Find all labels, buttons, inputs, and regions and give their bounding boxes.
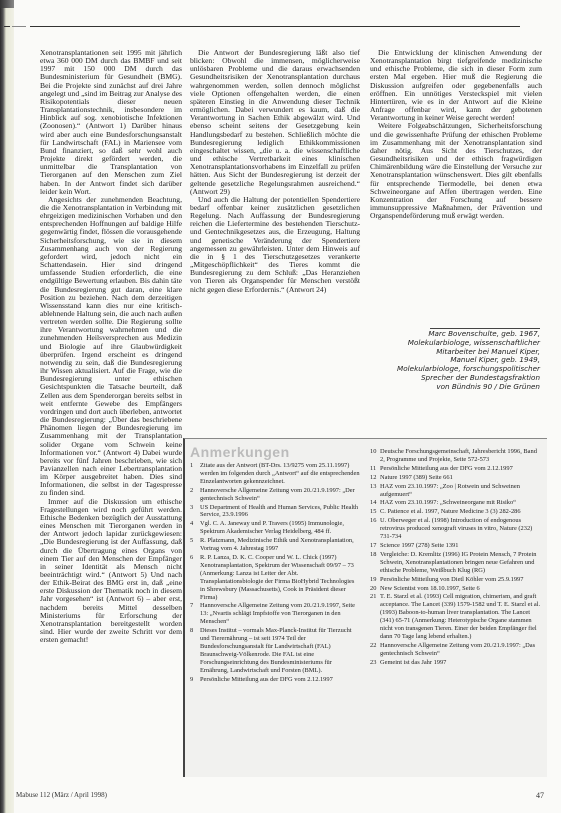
footnote-text: Gemeint ist das Jahr 1997: [380, 659, 542, 667]
text-column-2: Die Antwort der Bundesregierung läßt als…: [190, 49, 360, 294]
footnote-number: 9: [190, 676, 200, 684]
footnote: 18Vergleiche: D. Kremlitz (1996) IG Prot…: [370, 551, 542, 575]
footnote-number: 23: [370, 659, 380, 667]
footnote: 9Persönliche Mitteilung aus der DFG vom …: [190, 676, 360, 684]
footnote: 21T. E. Starzl et al. (1993) Cell migrat…: [370, 593, 542, 640]
text-column-1: Xenotransplantationen seit 1995 mit jähr…: [40, 49, 182, 644]
footnote-text: Hannoversche Allgemeine Zeitung vom 20./…: [380, 642, 542, 658]
footnote-number: 11: [370, 465, 380, 473]
footnote-text: Nature 1997 (389) Seite 661: [380, 474, 542, 482]
footnote-number: 12: [370, 474, 380, 482]
paragraph: Und auch die Haltung der potentiellen Sp…: [190, 196, 360, 294]
footnote-number: 10: [370, 448, 380, 464]
footnote: 4Vgl. C. A. Janeway und P. Travers (1995…: [190, 520, 360, 536]
signature-line: von Bündnis 90 / Die Grünen: [370, 383, 540, 392]
footnote-number: 15: [370, 508, 380, 516]
footnote: 17Science 1997 (278) Seite 1391: [370, 542, 542, 550]
paragraph: Xenotransplantationen seit 1995 mit jähr…: [40, 49, 182, 196]
footnote-text: Persönliche Mitteilung aus der DFG vom 2…: [200, 676, 360, 684]
paragraph: Weitere Folgeabschätzungen, Sicherheitsf…: [370, 122, 542, 220]
footnote: 13HAZ vom 23.10.1997: „Zoo | Rotwein und…: [370, 483, 542, 499]
footnote-number: 14: [370, 499, 380, 507]
footnote: 10Deutsche Forschungsgemeinschaft, Jahre…: [370, 448, 542, 464]
footnote-number: 16: [370, 517, 380, 541]
top-rule: [4, 26, 10, 27]
footnote: 2Hannoversche Allgemeine Zeitung vom 20.…: [190, 487, 360, 503]
notes-list-left: 1Zitate aus der Antwort (BT-Drs. 13/9275…: [190, 462, 360, 684]
author-signature: Marc Bovenschulte, geb. 1967, Molekularb…: [370, 330, 540, 392]
footnote-number: 2: [190, 487, 200, 503]
footnote-text: Deutsche Forschungsgemeinschaft, Jahresb…: [380, 448, 542, 464]
page-number: 47: [536, 791, 544, 800]
footnote: 5R. Platzmann, Medizinische Ethik und Xe…: [190, 537, 360, 553]
footnote-number: 17: [370, 542, 380, 550]
footnote-number: 8: [190, 627, 200, 674]
footnote: 7Hannoversche Allgemeine Zeitung vom 20.…: [190, 602, 360, 626]
footnote-number: 19: [370, 576, 380, 584]
footnote-text: HAZ vom 23.10.1997: „Schweineorgane mit …: [380, 499, 542, 507]
footnote-text: Persönliche Mitteilung von Dietl Köhler …: [380, 576, 542, 584]
footnote-text: Hannoversche Allgemeine Zeitung vom 20./…: [200, 487, 360, 503]
footnote-number: 4: [190, 520, 200, 536]
footnote-number: 13: [370, 483, 380, 499]
footnote-text: Hannoversche Allgemeine Zeitung vom 20./…: [200, 602, 360, 626]
footnote-number: 20: [370, 585, 380, 593]
footnote: 19Persönliche Mitteilung von Dietl Köhle…: [370, 576, 542, 584]
footnote-text: HAZ vom 23.10.1997: „Zoo | Rotwein und S…: [380, 483, 542, 499]
top-rule: [30, 26, 520, 27]
page-binding-shadow: [0, 0, 14, 813]
footer-issue: Mabuse 112 (März / April 1998): [16, 791, 107, 799]
footnote-text: C. Patience et al. 1997, Nature Medicine…: [380, 508, 542, 516]
notes-title: Anmerkungen: [190, 444, 290, 460]
footnote: 12Nature 1997 (389) Seite 661: [370, 474, 542, 482]
footnote-text: Vgl. C. A. Janeway und P. Travers (1995)…: [200, 520, 360, 536]
footnote-text: Vergleiche: D. Kremlitz (1996) IG Protei…: [380, 551, 542, 575]
footnote-text: New Scientist vom 18.10.1997, Seite 6: [380, 585, 542, 593]
footnote-text: Zitate aus der Antwort (BT-Drs. 13/9275 …: [200, 462, 360, 486]
footnote: 11Persönliche Mitteilung aus der DFG vom…: [370, 465, 542, 473]
footnote: 20New Scientist vom 18.10.1997, Seite 6: [370, 585, 542, 593]
paragraph: Die Entwicklung der klinischen Anwendung…: [370, 49, 542, 122]
footnote: 8Dieses Institut – vormals Max-Planck-In…: [190, 627, 360, 674]
footnote-number: 21: [370, 593, 380, 640]
text-column-3: Die Entwicklung der klinischen Anwendung…: [370, 49, 542, 220]
footnote: 15C. Patience et al. 1997, Nature Medici…: [370, 508, 542, 516]
footnote: 22Hannoversche Allgemeine Zeitung vom 20…: [370, 642, 542, 658]
paragraph: Angesichts der zunehmenden Beachtung, di…: [40, 196, 182, 498]
paragraph: Die Antwort der Bundesregierung läßt als…: [190, 49, 360, 196]
footnote-number: 6: [190, 554, 200, 601]
footnote-text: Science 1997 (278) Seite 1391: [380, 542, 542, 550]
footnote-number: 3: [190, 504, 200, 520]
footnote-text: US Department of Health and Human Servic…: [200, 504, 360, 520]
footnote-text: R. Platzmann, Medizinische Ethik und Xen…: [200, 537, 360, 553]
footnote-number: 22: [370, 642, 380, 658]
top-rule: [12, 26, 26, 27]
footnote: 16U. Oberweger et al. (1998) Introductio…: [370, 517, 542, 541]
footnote: 23Gemeint ist das Jahr 1997: [370, 659, 542, 667]
footnote-number: 7: [190, 602, 200, 626]
footnote-number: 1: [190, 462, 200, 486]
footnote-text: U. Oberweger et al. (1998) Introduction …: [380, 517, 542, 541]
footnote-text: T. E. Starzl et al. (1993) Cell migratio…: [380, 593, 542, 640]
footnote-number: 18: [370, 551, 380, 575]
footnote: 14HAZ vom 23.10.1997: „Schweineorgane mi…: [370, 499, 542, 507]
footnote: 1Zitate aus der Antwort (BT-Drs. 13/9275…: [190, 462, 360, 486]
footnote: 3US Department of Health and Human Servi…: [190, 504, 360, 520]
notes-list-right: 10Deutsche Forschungsgemeinschaft, Jahre…: [370, 448, 542, 668]
paragraph: Immer auf die Diskussion um ethische Fra…: [40, 498, 182, 645]
footnote-text: Dieses Institut – vormals Max-Planck-Ins…: [200, 627, 360, 674]
footnote-number: 5: [190, 537, 200, 553]
footnote-text: R. P. Lanza, D. K. C. Cooper und W. L. C…: [200, 554, 360, 601]
footnote-text: Persönliche Mitteilung aus der DFG vom 2…: [380, 465, 542, 473]
footnote: 6R. P. Lanza, D. K. C. Cooper und W. L. …: [190, 554, 360, 601]
